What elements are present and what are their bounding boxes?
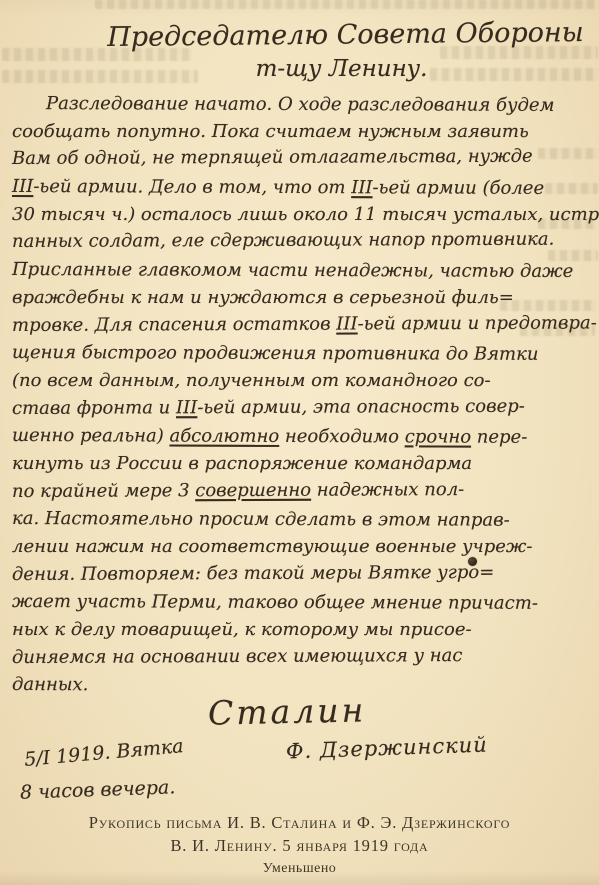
letter-line: кинуть из России в распоряжение командар… [12,450,599,478]
letter-date: 5/I 1919. Вятка [23,735,184,771]
letter-line: Присланные главкомом части ненадежны, ча… [12,256,599,286]
letter-line: панных солдат, еле сдерживающих напор пр… [12,226,599,256]
letter-line: щения быстрого продвижения противника до… [12,339,599,369]
letter-addressee-line: Председателю Совета Обороны [0,17,599,54]
caption-line-2: В. И. Ленину. 5 января 1919 года [0,834,599,857]
signature-stalin: Сталин [208,690,367,732]
letter-line: дения. Повторяем: без такой меры Вятке у… [12,558,599,588]
letter-line: лении нажим на соответствующие военные у… [12,533,599,561]
letter-line: (по всем данным, полученным от командног… [12,367,599,395]
letter-addressee-name: т-щу Ленину. [0,56,599,82]
bleed-through-text-ghost [95,0,595,9]
letter-line: 30 тысяч ч.) осталось лишь около 11 тыся… [12,201,599,229]
letter-line: сообщать попутно. Пока считаем нужным за… [12,118,599,146]
letter-line: диняемся на основании всех имеющихся у н… [12,641,599,671]
letter-line: ка. Настоятельно просим сделать в этом н… [12,505,599,535]
ink-blot [468,557,477,566]
caption-line-1: Рукопись письма И. В. Сталина и Ф. Э. Дз… [0,811,599,834]
letter-time: 8 часов вечера. [20,776,176,803]
letter-line: враждебны к нам и нуждаются в серьезной … [12,284,599,312]
figure-caption: Рукопись письма И. В. Сталина и Ф. Э. Дз… [0,811,599,879]
letter-body: Разследование начато. О ходе разследован… [12,90,599,699]
letter-line: по крайней мере 3 совершенно надежных по… [12,475,599,505]
signature-dzerzhinsky: Ф. Дзержинский [286,732,488,763]
caption-reduced-note: Уменьшено [0,859,599,879]
letter-line: Разследование начато. О ходе разследован… [12,90,599,120]
letter-line: тровке. Для спасения остатков III-ьей ар… [12,309,599,339]
scanned-page: Председателю Совета Обороны т-щу Ленину.… [0,0,599,885]
letter-line: става фронта и III-ьей армии, эта опасно… [12,392,599,422]
letter-line: III-ьей армии. Дело в том, что от III-ье… [12,173,599,203]
letter-line: жает участь Перми, таково общее мнение п… [12,588,599,618]
letter-line: ных к делу товарищей, к которому мы прис… [12,616,599,644]
letter-line: Вам об одной, не терпящей отлагательства… [12,143,599,173]
letter-line: шенно реальна) абсолютно необходимо сроч… [12,422,599,452]
